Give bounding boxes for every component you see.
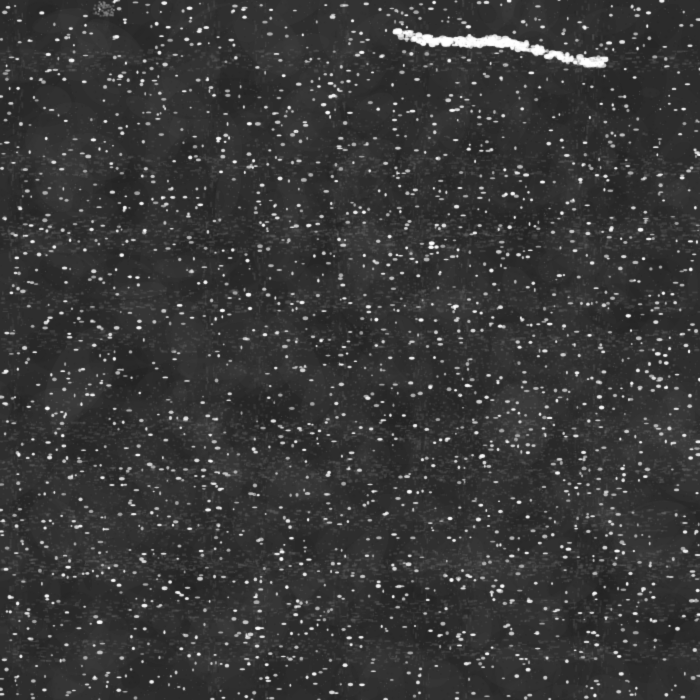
grunge-texture-canvas	[0, 0, 700, 700]
grunge-texture-background	[0, 0, 700, 700]
